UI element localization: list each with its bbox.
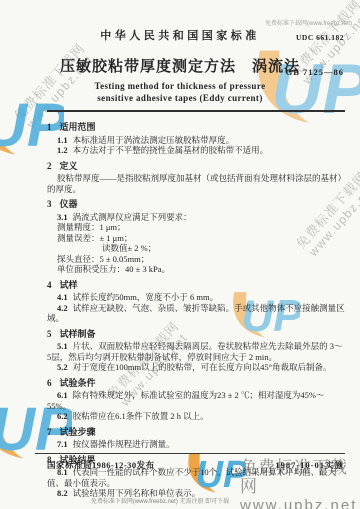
clause: 5.1片状、双面胶粘带应轻轻揭去隔离层。卷状胶粘带应先去除最外层的 3～5层，然… <box>47 341 346 362</box>
issued-date: 国家标准局1986-12-30发布 <box>47 459 155 471</box>
clause-number: 6.1 <box>57 390 68 400</box>
clause-number: 3.1 <box>57 212 68 222</box>
clause: 1.2本方法对于不平整的挠性金属基材的胶粘带不适用。 <box>47 145 346 156</box>
section-definition: 2定义 胶粘带厚度——是指胶粘剂厚度加基材（或包括背面有处理材料涂层的基材）的厚… <box>47 161 346 195</box>
clause-number: 4.1 <box>57 292 68 302</box>
clause-number: 5.1 <box>57 341 68 351</box>
effective-date: 1987-10-01实施 <box>275 459 344 471</box>
section-heading: 5试样制备 <box>47 329 346 340</box>
section-specimen-preparation: 5试样制备 5.1片状、双面胶粘带应轻轻揭去隔离层。卷状胶粘带应先去除最外层的 … <box>47 329 346 373</box>
clause-text: 按仪器操作规程进行测量。 <box>73 439 175 449</box>
section-heading: 1适用范围 <box>47 122 346 133</box>
section-heading: 3仪器 <box>47 199 346 210</box>
section-number: 7 <box>47 427 52 437</box>
section-title: 定义 <box>60 161 78 171</box>
section-title: 试验步骤 <box>60 427 96 437</box>
section-specimen: 4试样 4.1试样长度约50mm，宽度不小于 6 mm。 4.2试样应无缺胶、气… <box>47 280 346 324</box>
section-test-procedure: 7试验步骤 7.1按仪器操作规程进行测量。 <box>47 427 346 450</box>
footer-rule <box>35 453 345 454</box>
section-title: 仪器 <box>60 199 78 209</box>
watermark-url-text: www.upbz.net <box>298 7 360 90</box>
section-heading: 4试样 <box>47 280 346 291</box>
definition-paragraph: 胶粘带厚度——是指胶粘剂厚度加基材（或包括背面有处理材料涂层的基材）的厚度。 <box>47 173 346 194</box>
section-heading: 2定义 <box>47 161 346 172</box>
clause: 4.1试样长度约50mm，宽度不小于 6 mm。 <box>47 292 346 303</box>
clause: 6.1除有特殊规定外，标准试验室的温度为23 ± 2 ℃；相对湿度为45%～55… <box>47 390 346 411</box>
clause-text: 片状、双面胶粘带应轻轻揭去隔离层。卷状胶粘带应先去除最外层的 3～5层，然后均匀… <box>47 341 343 362</box>
section-instrument: 3仪器 3.1涡流式测厚仪应满足下列要求： 测量精度：1 μm； 测量误差：± … <box>47 199 346 275</box>
clause-text: 试样长度约50mm，宽度不小于 6 mm。 <box>73 292 218 302</box>
clause-number: 6.2 <box>57 411 68 421</box>
section-number: 6 <box>47 378 52 388</box>
clause-text: 涡流式测厚仪应满足下列要求： <box>73 212 192 222</box>
scanned-standard-page: 免费标准下载网(www.freebz.net) 免费标准下载网 www.upbz… <box>0 0 360 509</box>
section-title: 试样 <box>60 280 78 290</box>
clause-text: 除有特殊规定外，标准试验室的温度为23 ± 2 ℃；相对湿度为45%～55%。 <box>47 390 325 411</box>
section-title: 试验条件 <box>60 378 96 388</box>
watermark-bottom-note: 免费标准下载网(www.freebz.net) 无需注册 即可下载 <box>60 496 260 505</box>
section-title: 试样制备 <box>60 329 96 339</box>
spec-line: 探头直径：5 ± 0.05mm； <box>57 254 346 265</box>
header-rule <box>47 110 345 112</box>
section-test-conditions: 6试验条件 6.1除有特殊规定外，标准试验室的温度为23 ± 2 ℃；相对湿度为… <box>47 378 346 422</box>
section-number: 5 <box>47 329 52 339</box>
clause-text: 对于宽度在100mm以上的胶粘带，可在长度方向以45°角裁取后制备。 <box>73 362 332 372</box>
standard-title-english-line2: sensitive adhesive tapes (Eddy current) <box>0 93 360 103</box>
clause-number: 1.2 <box>57 145 68 155</box>
standard-title-english-line1: Testing method for thickness of pressure <box>0 81 360 91</box>
clause-number: 1.1 <box>57 135 68 145</box>
spec-line: 单位面积受压力：40 ± 3 kPa。 <box>57 264 346 275</box>
clause-text: 胶粘带应在6.1条件下放置 2 h 以上。 <box>73 411 209 421</box>
document-body: 1适用范围 1.1本标准适用于涡流法测定压敏胶粘带厚度。 1.2本方法对于不平整… <box>0 117 360 499</box>
section-number: 4 <box>47 280 52 290</box>
clause: 5.2对于宽度在100mm以上的胶粘带，可在长度方向以45°角裁取后制备。 <box>47 362 346 373</box>
section-number: 1 <box>47 122 52 132</box>
clause-text: 试样应无缺胶、气泡、杂质、皱折等缺陷。手或其他物体不应接触测量区域。 <box>47 303 345 324</box>
clause-number: 7.1 <box>57 439 68 449</box>
spec-line: 测量精度：1 μm； <box>57 222 346 233</box>
clause: 1.1本标准适用于涡流法测定压敏胶粘带厚度。 <box>47 135 346 146</box>
clause: 4.2试样应无缺胶、气泡、杂质、皱折等缺陷。手或其他物体不应接触测量区域。 <box>47 303 346 324</box>
clause: 6.2胶粘带应在6.1条件下放置 2 h 以上。 <box>47 411 346 422</box>
section-heading: 6试验条件 <box>47 378 346 389</box>
section-heading: 7试验步骤 <box>47 427 346 438</box>
section-scope: 1适用范围 1.1本标准适用于涡流法测定压敏胶粘带厚度。 1.2本方法对于不平整… <box>47 122 346 156</box>
section-number: 3 <box>47 199 52 209</box>
clause: 3.1涡流式测厚仪应满足下列要求： <box>47 212 346 223</box>
udc-number: UDC 661.182 <box>296 33 344 42</box>
clause-text: 本标准适用于涡流法测定压敏胶粘带厚度。 <box>73 135 235 145</box>
clause-text: 本方法对于不平整的挠性金属基材的胶粘带不适用。 <box>73 145 269 155</box>
clause: 7.1按仪器操作规程进行测量。 <box>47 439 346 450</box>
clause-number: 5.2 <box>57 362 68 372</box>
spec-line: 读数值± 2 %； <box>102 243 346 254</box>
spec-line: 测量误差：± 1 μm； <box>57 233 346 244</box>
section-title: 适用范围 <box>60 122 96 132</box>
watermark-corner-note: 免费标准下载网(www.freebz.net) <box>265 18 352 27</box>
clause-number: 4.2 <box>57 303 68 313</box>
section-number: 2 <box>47 161 52 171</box>
standard-code: GB 7125—86 <box>286 67 344 77</box>
